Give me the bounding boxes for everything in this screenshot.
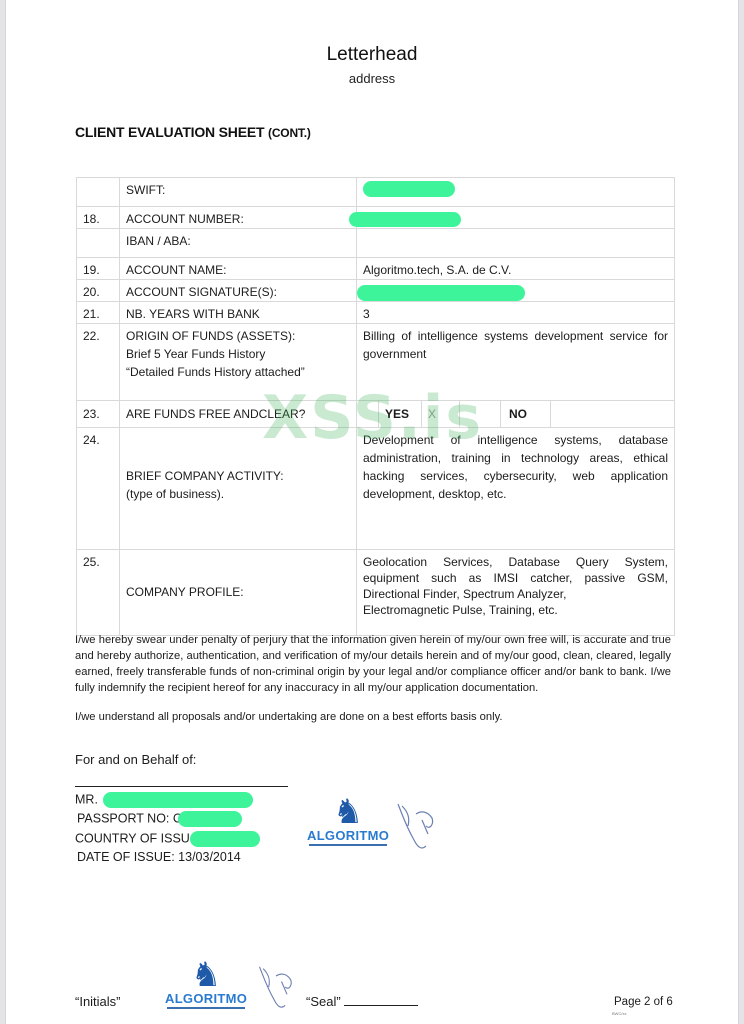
profile-line: Geolocation Services, Database Query Sys…: [363, 554, 668, 586]
profile-line: Electromagnetic Pulse, Training, etc.: [363, 602, 668, 618]
activity-label-line: BRIEF COMPANY ACTIVITY:: [126, 467, 350, 485]
logo-brand-text: ALGORITMO: [165, 992, 247, 1006]
account-number-value: [357, 207, 675, 229]
row-number: 18.: [77, 207, 120, 229]
row-label: IBAN / ABA:: [120, 229, 357, 258]
on-behalf-label: For and on Behalf of:: [75, 752, 196, 767]
no-label: NO: [501, 401, 551, 427]
table-row-account-signature: 20. ACCOUNT SIGNATURE(S):: [77, 280, 675, 302]
country-row: COUNTRY OF ISSU: [75, 831, 260, 847]
date-of-issue: DATE OF ISSUE: 13/03/2014: [77, 850, 241, 864]
row-label: BRIEF COMPANY ACTIVITY: (type of busines…: [120, 428, 357, 550]
row-label: ACCOUNT NUMBER:: [120, 207, 357, 229]
row-number: [77, 178, 120, 207]
logo-tagline: [167, 1007, 245, 1009]
page-reference-code: BWC/xx: [612, 1011, 626, 1016]
origin-label-line: Brief 5 Year Funds History: [126, 345, 350, 363]
company-activity-value: Development of intelligence systems, dat…: [357, 428, 675, 550]
sheet-title-suffix: (CONT.): [268, 126, 311, 140]
profile-line: Directional Finder, Spectrum Analyzer,: [363, 586, 668, 602]
logo-brand-text: ALGORITMO: [307, 829, 389, 843]
row-number: 21.: [77, 302, 120, 324]
mr-label: MR.: [75, 792, 98, 806]
letterhead-title: Letterhead: [0, 44, 744, 66]
row-number: 25.: [77, 550, 120, 636]
row-number: 22.: [77, 324, 120, 401]
spacer-cell: [357, 401, 379, 427]
signature-scribble-icon: [254, 962, 298, 1012]
understanding-text: I/we understand all proposals and/or und…: [75, 711, 502, 723]
row-number: 19.: [77, 258, 120, 280]
letterhead-address: address: [0, 71, 744, 86]
sheet-title-main: CLIENT EVALUATION SHEET: [75, 124, 264, 140]
logo-tagline: [309, 844, 387, 846]
table-row-account-number: 18. ACCOUNT NUMBER:: [77, 207, 675, 229]
chess-knight-icon: ♞: [333, 795, 363, 829]
seal-label: “Seal”: [306, 994, 341, 1009]
no-checkbox[interactable]: [551, 401, 674, 427]
funds-free-clear-options: YES X NO: [357, 401, 675, 428]
redaction-mark: [349, 212, 461, 227]
signature-line: [75, 786, 288, 787]
country-label: COUNTRY OF ISSU: [75, 831, 190, 845]
redaction-mark: [363, 181, 455, 197]
redaction-mark: [103, 792, 253, 808]
row-number: [77, 229, 120, 258]
initials-label: “Initials”: [75, 994, 121, 1009]
redaction-mark: [357, 285, 525, 301]
row-number: 20.: [77, 280, 120, 302]
origin-label-line: “Detailed Funds History attached”: [126, 363, 350, 381]
account-name-value: Algoritmo.tech, S.A. de C.V.: [357, 258, 675, 280]
yes-checkbox[interactable]: X: [422, 401, 460, 427]
table-row-years-with-bank: 21. NB. YEARS WITH BANK 3: [77, 302, 675, 324]
table-row-iban: IBAN / ABA:: [77, 229, 675, 258]
row-number: 24.: [77, 428, 120, 550]
page-number: Page 2 of 6: [614, 996, 673, 1008]
table-row-origin-of-funds: 22. ORIGIN OF FUNDS (ASSETS): Brief 5 Ye…: [77, 324, 675, 401]
table-row-swift: SWIFT:: [77, 178, 675, 207]
row-label: ACCOUNT NAME:: [120, 258, 357, 280]
row-label: ARE FUNDS FREE ANDCLEAR?: [120, 401, 357, 428]
table-row-company-profile: 25. COMPANY PROFILE: Geolocation Service…: [77, 550, 675, 636]
declaration-text: I/we hereby swear under penalty of perju…: [75, 632, 671, 696]
origin-of-funds-value: Billing of intelligence systems developm…: [357, 324, 675, 401]
yes-no-grid: YES X NO: [357, 401, 674, 427]
row-label: ACCOUNT SIGNATURE(S):: [120, 280, 357, 302]
seal-line: [344, 996, 418, 1006]
spacer-cell: [460, 401, 501, 427]
origin-label-line: ORIGIN OF FUNDS (ASSETS):: [126, 327, 350, 345]
passport-label: PASSPORT NO: C: [77, 811, 182, 825]
row-label: NB. YEARS WITH BANK: [120, 302, 357, 324]
company-profile-value: Geolocation Services, Database Query Sys…: [357, 550, 675, 636]
activity-label-line: (type of business).: [126, 485, 350, 503]
sheet-title: CLIENT EVALUATION SHEET (CONT.): [75, 124, 311, 140]
signature-scribble-icon: [392, 800, 440, 852]
passport-row: PASSPORT NO: C: [77, 811, 242, 827]
table-row-account-name: 19. ACCOUNT NAME: Algoritmo.tech, S.A. d…: [77, 258, 675, 280]
row-label: SWIFT:: [120, 178, 357, 207]
years-with-bank-value: 3: [357, 302, 675, 324]
page-edge-right: [738, 0, 744, 1024]
iban-value: [357, 229, 675, 258]
swift-value: [357, 178, 675, 207]
yes-label: YES: [379, 401, 422, 427]
row-label: ORIGIN OF FUNDS (ASSETS): Brief 5 Year F…: [120, 324, 357, 401]
page-edge-left: [0, 0, 6, 1024]
seal-field: “Seal”: [306, 994, 418, 1009]
redaction-mark: [178, 811, 242, 827]
row-number: 23.: [77, 401, 120, 428]
chess-knight-icon: ♞: [191, 958, 221, 992]
account-signature-value: [357, 280, 675, 302]
algoritmo-logo: ♞ ALGORITMO: [307, 795, 389, 846]
redaction-mark: [190, 831, 260, 847]
algoritmo-logo-footer: ♞ ALGORITMO: [165, 958, 247, 1009]
table-row-funds-free-clear: 23. ARE FUNDS FREE ANDCLEAR? YES X NO: [77, 401, 675, 428]
mr-row: MR.: [75, 792, 253, 808]
table-row-company-activity: 24. BRIEF COMPANY ACTIVITY: (type of bus…: [77, 428, 675, 550]
client-evaluation-table: SWIFT: 18. ACCOUNT NUMBER: IBAN / ABA: 1…: [76, 177, 675, 636]
row-label: COMPANY PROFILE:: [120, 550, 357, 636]
